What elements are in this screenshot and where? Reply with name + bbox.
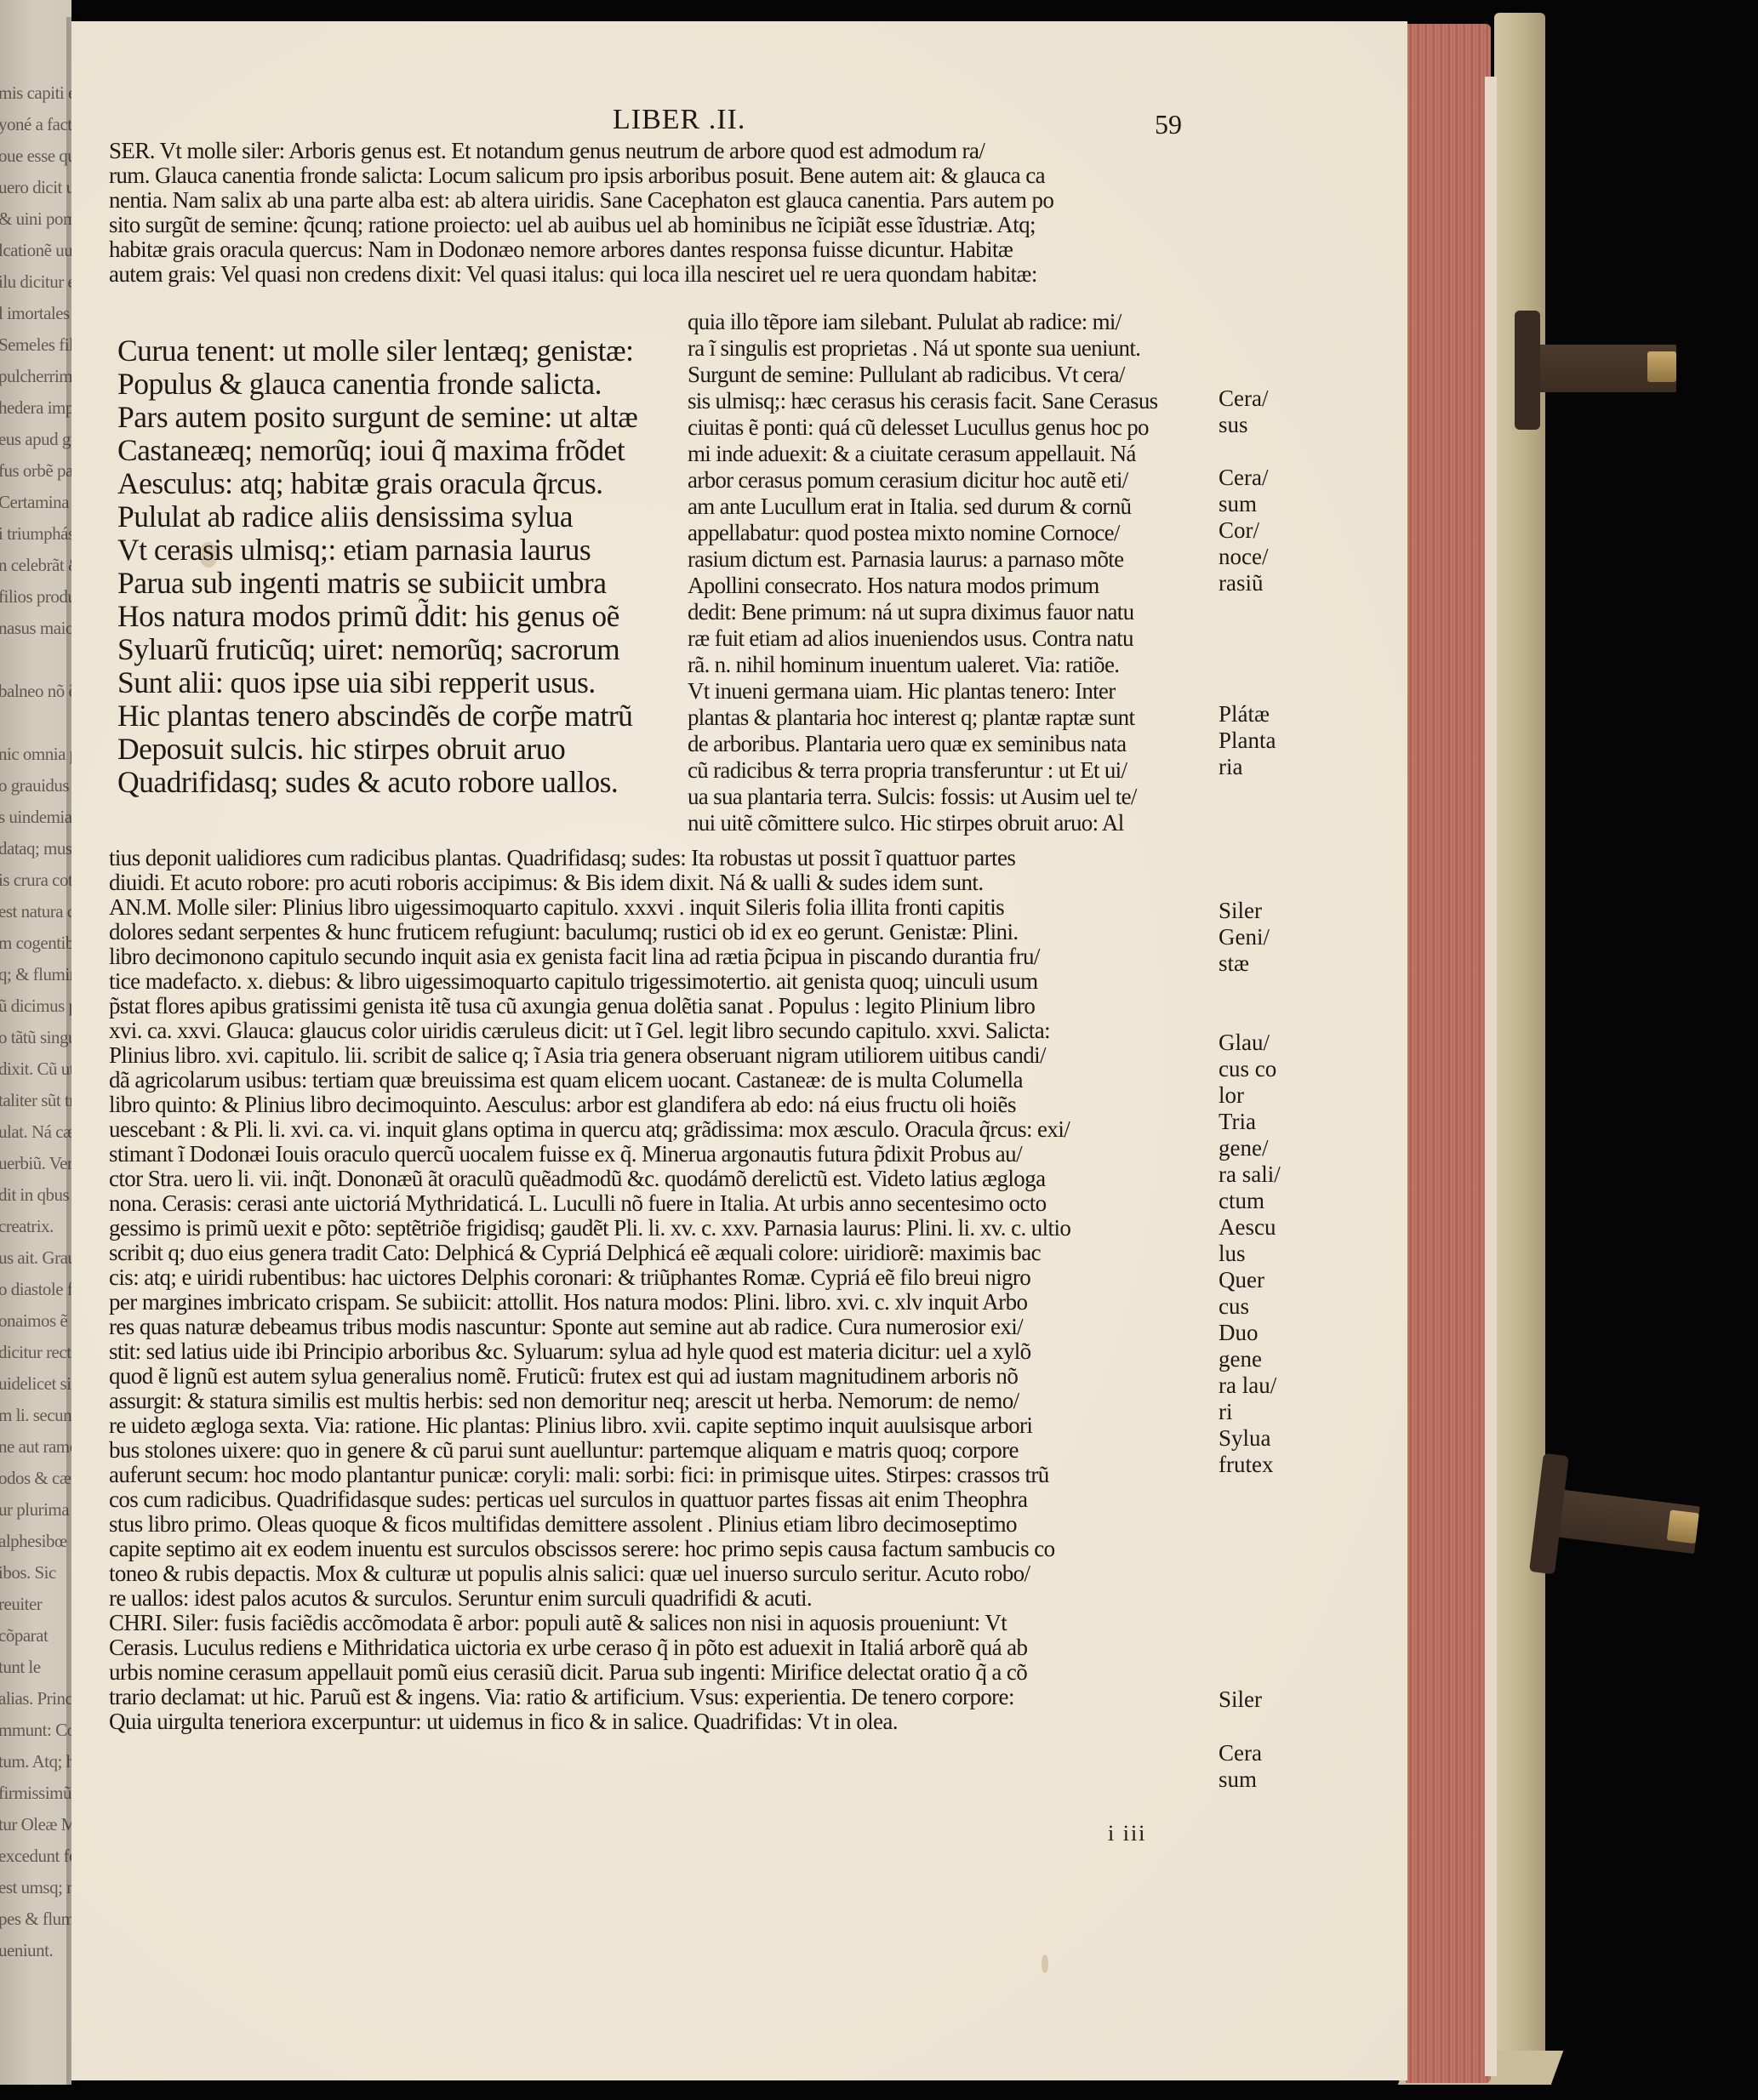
left-page-text-line: l imortales honores bbox=[0, 301, 71, 325]
marginal-note: Glau/cus colorTriagene/ra sali/ctumAescu… bbox=[1219, 1030, 1281, 1478]
left-page-text-line: alphesibœ bbox=[0, 1529, 71, 1553]
commentary-line: habitæ grais oracula quercus: Nam in Dod… bbox=[109, 237, 1053, 262]
left-page-text-line: est umsq; nec arbor nec bbox=[0, 1875, 71, 1899]
left-page-text-line: est natura creat bbox=[0, 899, 71, 923]
left-page-text-line: onaimos ẽ uel q bbox=[0, 1309, 71, 1332]
commentary-line: CHRI. Siler: fusis faciẽdis accõmodata ẽ… bbox=[109, 1611, 1070, 1635]
left-page-text-line: tum. Atq; humana cu bbox=[0, 1749, 71, 1773]
marginal-note-line: sus bbox=[1219, 412, 1268, 438]
marginal-note-line: gene bbox=[1219, 1346, 1281, 1372]
commentary-line: ræ fuit etiam ad alios inueniendos usus.… bbox=[688, 625, 1157, 652]
commentary-line: cũ radicibus & terra propria transferunt… bbox=[688, 757, 1157, 784]
marginal-note: Cerasum bbox=[1219, 1740, 1262, 1793]
left-page-text-line: Semeles filius fuit bbox=[0, 333, 71, 357]
commentary-line: cis: atq; e uiridi rubentibus: hac uicto… bbox=[109, 1265, 1070, 1290]
marginal-note-line: lor bbox=[1219, 1082, 1281, 1109]
clasp-brass-catch bbox=[1667, 1509, 1699, 1544]
left-page-text-line: o tãtũ singulari di bbox=[0, 1025, 71, 1049]
left-page-text-line: reuiter bbox=[0, 1592, 71, 1616]
verse-text: Curua tenent: ut molle siler lentæq; gen… bbox=[117, 334, 637, 799]
left-page-text-line: ur plurima bbox=[0, 1498, 71, 1521]
left-page-text-line: mis capiti est nini bbox=[0, 81, 71, 105]
left-page-text-line: fus orbẽ paganu ga bbox=[0, 459, 71, 482]
clasp-upper bbox=[1532, 345, 1676, 392]
left-page-text-line: i triumphás rediens bbox=[0, 522, 71, 545]
commentary-line: res quas naturæ debeamus tribus modis na… bbox=[109, 1315, 1070, 1339]
red-fore-edge bbox=[1406, 24, 1491, 2083]
signature-mark: i iii bbox=[1108, 1821, 1146, 1846]
left-page-text-line: dataq; musto bbox=[0, 836, 71, 860]
left-page-text-line: hedera implicitus cũ bbox=[0, 396, 71, 419]
left-page-text-line: uero dicit us iustũ bbox=[0, 175, 71, 199]
commentary-line: ciuitas ẽ ponti: quá cũ delesset Lucullu… bbox=[688, 414, 1157, 441]
commentary-line: cos cum radicibus. Quadrifidasque sudes:… bbox=[109, 1487, 1070, 1512]
commentary-line: nona. Cerasis: cerasi ante uictoriá Myth… bbox=[109, 1191, 1070, 1216]
marginal-note-line: noce/ bbox=[1219, 544, 1268, 570]
commentary-line: toneo & rubis depactis. Mox & culturæ ut… bbox=[109, 1561, 1070, 1586]
left-page-text-line: dit in qbus locis bbox=[0, 1183, 71, 1207]
commentary-line: AN.M. Molle siler: Plinius libro uigessi… bbox=[109, 895, 1070, 920]
left-page-text-line: ibos. Sic bbox=[0, 1561, 71, 1584]
marginal-note-line: Planta bbox=[1219, 728, 1276, 754]
clasp-anchor bbox=[1515, 311, 1540, 430]
commentary-line: ctor Stra. uero li. vii. inq̃t. Dononæũ … bbox=[109, 1167, 1070, 1191]
commentary-line: Cerasis. Luculus rediens e Mithridatica … bbox=[109, 1635, 1070, 1660]
commentary-line: Plinius libro. xvi. capitulo. lii. scrib… bbox=[109, 1043, 1070, 1068]
commentary-line: stimant ĩ Dodonæi Iouis oraculo quercũ u… bbox=[109, 1142, 1070, 1167]
left-page-text-line: oue esse quia cũ De bbox=[0, 144, 71, 168]
commentary-right-column: quia illo tẽpore iam silebant. Pululat a… bbox=[688, 309, 1157, 836]
left-page-text-line: nic omnia plena bbox=[0, 742, 71, 766]
marginal-note-line: gene/ bbox=[1219, 1135, 1281, 1161]
marginal-note-line: frutex bbox=[1219, 1452, 1281, 1478]
commentary-line: rã. n. nihil hominum inuentum ualeret. V… bbox=[688, 652, 1157, 678]
marginal-note-line: Siler bbox=[1219, 1686, 1262, 1713]
left-page-text-line: Certamina multa p bbox=[0, 490, 71, 514]
left-page-text-line: lcationẽ uuaq; in bbox=[0, 238, 71, 262]
commentary-line: mi inde aduexit: & a ciuitate cerasum ap… bbox=[688, 441, 1157, 467]
commentary-line: per margines imbricato crispam. Se subii… bbox=[109, 1290, 1070, 1315]
left-page-text-line: filios producit. Vn bbox=[0, 585, 71, 608]
commentary-line: diuidi. Et acuto robore: pro acuti robor… bbox=[109, 870, 1070, 895]
verse-line: Quadrifidasq; sudes & acuto robore uallo… bbox=[117, 766, 637, 799]
left-page-text-line: creatrix. bbox=[0, 1214, 71, 1238]
left-page-text-line: & uini pomoruq; bbox=[0, 207, 71, 231]
clasp-brass-catch bbox=[1647, 351, 1676, 382]
verse-line: Deposuit sulcis. hic stirpes obruit aruo bbox=[117, 733, 637, 766]
left-page-text-line: uerbiũ. Veni bbox=[0, 1151, 71, 1175]
commentary-line: quod ẽ lignũ est autem sylua generalius … bbox=[109, 1364, 1070, 1389]
left-page-text-line: dicitur recte Na bbox=[0, 1340, 71, 1364]
commentary-line: trario declamat: ut hic. Paruũ est & ing… bbox=[109, 1685, 1070, 1709]
commentary-bottom: tius deponit ualidiores cum radicibus pl… bbox=[109, 846, 1070, 1734]
left-page-text-line: pulcherrimus & mo bbox=[0, 364, 71, 388]
left-page-text-line: nasus maioribus i bbox=[0, 616, 71, 640]
left-page-text-line: dixit. Cũ ut dixi bbox=[0, 1057, 71, 1081]
commentary-line: rasium dictum est. Parnasia laurus: a pa… bbox=[688, 546, 1157, 573]
commentary-line: gessimo is primũ uexit e põto: septẽtriõ… bbox=[109, 1216, 1070, 1241]
commentary-line: assurgit: & statura similis est multis h… bbox=[109, 1389, 1070, 1413]
marginal-note-line: sum bbox=[1219, 1766, 1262, 1793]
commentary-line: tice madefacto. x. diebus: & libro uiges… bbox=[109, 969, 1070, 994]
left-page-text-line: ueniunt. bbox=[0, 1938, 71, 1962]
running-head: LIBER .II. bbox=[613, 104, 745, 136]
left-page-text-line: firmissimũ & uites in bbox=[0, 1781, 71, 1805]
marginal-note-line: Geni/ bbox=[1219, 924, 1270, 950]
commentary-line: bus stolones uixere: quo in genere & cũ … bbox=[109, 1438, 1070, 1463]
commentary-line: capite septimo ait ex eodem inuentu est … bbox=[109, 1537, 1070, 1561]
marginal-note-line: cus bbox=[1219, 1293, 1281, 1320]
verse-line: Populus & glauca canentia fronde salicta… bbox=[117, 368, 637, 401]
left-page-text-line: ilu dicitur ex Cerere bbox=[0, 270, 71, 294]
left-page-text-line: n celebrãt & ipse bac bbox=[0, 553, 71, 577]
commentary-line: stus libro primo. Oleas quoque & ficos m… bbox=[109, 1512, 1070, 1537]
marginal-note-line: Cera/ bbox=[1219, 465, 1268, 491]
marginal-note: Cera/sumCor/noce/rasiũ bbox=[1219, 465, 1268, 596]
left-page-text-line: m cogentibus ipl bbox=[0, 931, 71, 955]
verse-line: Pars autem posito surgunt de semine: ut … bbox=[117, 401, 637, 434]
left-page-text-line: eus apud gratos. M bbox=[0, 427, 71, 451]
left-page-text-line: mmunt: Colo. uero bbox=[0, 1718, 71, 1742]
commentary-line: libro decimonono capitulo secundo inquit… bbox=[109, 944, 1070, 969]
commentary-line: uescebant : & Pli. li. xvi. ca. vi. inqu… bbox=[109, 1117, 1070, 1142]
commentary-line: nui uitẽ cõmittere sulco. Hic stirpes ob… bbox=[688, 810, 1157, 836]
commentary-line: xvi. ca. xxvi. Glauca: glaucus color uir… bbox=[109, 1019, 1070, 1043]
commentary-line: Quia uirgulta teneriora excerpuntur: ut … bbox=[109, 1709, 1070, 1734]
left-page-text-line: excedunt font rub bbox=[0, 1844, 71, 1868]
marginal-note: PlátæPlantaria bbox=[1219, 701, 1276, 780]
commentary-line: re uallos: idest palos acutos & surculos… bbox=[109, 1586, 1070, 1611]
commentary-line: dã agricolarum usibus: tertiam quæ breui… bbox=[109, 1068, 1070, 1093]
marginal-note-line: Cor/ bbox=[1219, 517, 1268, 544]
commentary-line: am ante Lucullum erat in Italia. sed dur… bbox=[688, 494, 1157, 520]
commentary-line: de arboribus. Plantaria uero quæ ex semi… bbox=[688, 731, 1157, 757]
marginal-note-line: Quer bbox=[1219, 1267, 1281, 1293]
commentary-line: scribit q; duo eius genera tradit Cato: … bbox=[109, 1241, 1070, 1265]
commentary-line: stit: sed latius uide ibi Principio arbo… bbox=[109, 1339, 1070, 1364]
left-page-text-line: odos & cætera bbox=[0, 1466, 71, 1490]
commentary-line: libro quinto: & Plinius libro decimoquin… bbox=[109, 1093, 1070, 1117]
marginal-note-line: Sylua bbox=[1219, 1425, 1281, 1452]
left-page-text-line: uidelicet siue a bbox=[0, 1372, 71, 1395]
marginal-note-line: ri bbox=[1219, 1399, 1281, 1425]
left-page-text-line: ne aut ramo bbox=[0, 1435, 71, 1458]
commentary-line: sis ulmisq;: hæc cerasus his cerasis fac… bbox=[688, 388, 1157, 414]
commentary-line: appellabatur: quod postea mixto nomine C… bbox=[688, 520, 1157, 546]
commentary-line: sito surgũt de semine: q̃cunq; ratione p… bbox=[109, 213, 1053, 237]
marginal-note-line: Cera/ bbox=[1219, 385, 1268, 412]
commentary-line: Surgunt de semine: Pullulant ab radicibu… bbox=[688, 362, 1157, 388]
verse-line: Curua tenent: ut molle siler lentæq; gen… bbox=[117, 334, 637, 368]
verse-line: Pululat ab radice aliis densissima sylua bbox=[117, 500, 637, 534]
commentary-line: autem grais: Vel quasi non credens dixit… bbox=[109, 262, 1053, 287]
commentary-line: dolores sedant serpentes & hunc fruticem… bbox=[109, 920, 1070, 944]
commentary-line: auferunt secum: hoc modo plantantur puni… bbox=[109, 1463, 1070, 1487]
commentary-line: plantas & plantaria hoc interest q; plan… bbox=[688, 705, 1157, 731]
left-facing-page: mis capiti est niniyoné a factis q̃ fluo… bbox=[0, 0, 71, 2085]
marginal-note: SilerGeni/stæ bbox=[1219, 898, 1270, 977]
marginal-note-line: ria bbox=[1219, 754, 1276, 780]
left-page-text-line: tur Oleæ Mali Piri Quer bbox=[0, 1812, 71, 1836]
clasp-lower bbox=[1550, 1489, 1700, 1554]
marginal-note-line: cus co bbox=[1219, 1056, 1281, 1082]
marginal-note-line: Plátæ bbox=[1219, 701, 1276, 728]
left-page-text-line: cõparat bbox=[0, 1624, 71, 1647]
commentary-line: ua sua plantaria terra. Sulcis: fossis: … bbox=[688, 784, 1157, 810]
commentary-line: quia illo tẽpore iam silebant. Pululat a… bbox=[688, 309, 1157, 335]
verse-line: Parua sub ingenti matris se subiicit umb… bbox=[117, 567, 637, 600]
left-page-text-line: ulat. Ná cætera bbox=[0, 1120, 71, 1144]
foxing-stain bbox=[1042, 1954, 1048, 1973]
left-page-text-line: ũ dicimus p terram bbox=[0, 994, 71, 1018]
marginal-note-line: stæ bbox=[1219, 950, 1270, 977]
commentary-line: re uideto æglogа sexta. Via: ratione. Hi… bbox=[109, 1413, 1070, 1438]
marginal-note-line: Aescu bbox=[1219, 1214, 1281, 1241]
left-page-text-line: o grauidus autu bbox=[0, 773, 71, 797]
commentary-line: Apollini consecrato. Hos natura modos pr… bbox=[688, 573, 1157, 599]
left-page-text-line: tunt le bbox=[0, 1655, 71, 1679]
left-page-text-line: m li. secundo inq bbox=[0, 1403, 71, 1427]
marginal-note: Siler bbox=[1219, 1686, 1262, 1713]
verse-line: Aesculus: atq; habitæ grais oracula q̃rc… bbox=[117, 467, 637, 500]
marginal-note-line: Tria bbox=[1219, 1109, 1281, 1135]
commentary-line: dedit: Bene primum: ná ut supra diximus … bbox=[688, 599, 1157, 625]
marginal-note-line: ra lau/ bbox=[1219, 1372, 1281, 1399]
marginal-note: Cera/sus bbox=[1219, 385, 1268, 438]
left-page-text-line: taliter sũt tria ge bbox=[0, 1088, 71, 1112]
marginal-note-line: Cera bbox=[1219, 1740, 1262, 1766]
left-page-text-line: pes & flumina qua i fo bbox=[0, 1907, 71, 1931]
left-page-text-line: o diastole figura bbox=[0, 1277, 71, 1301]
commentary-top: SER. Vt molle siler: Arboris genus est. … bbox=[109, 139, 1053, 287]
marginal-note-line: ctum bbox=[1219, 1188, 1281, 1214]
verse-line: Syluarũ fruticũq; uiret: nemorũq; sacror… bbox=[117, 633, 637, 666]
left-page-text-line: balneo nõ ẽ fac ut bbox=[0, 679, 71, 703]
fore-edge-pastedown bbox=[1485, 77, 1497, 2076]
marginal-note-line: Siler bbox=[1219, 898, 1270, 924]
left-page-text-line: us ait. Grauidus bbox=[0, 1246, 71, 1270]
left-page-text-line: q; & flumina late bbox=[0, 962, 71, 986]
commentary-line: nentia. Nam salix ab una parte alba est:… bbox=[109, 188, 1053, 213]
marginal-note-line: sum bbox=[1219, 491, 1268, 517]
verse-line: Castaneæq; nemorũq; ioui q̃ maxima frõde… bbox=[117, 434, 637, 467]
commentary-line: Vt inueni germana uiam. Hic plantas tene… bbox=[688, 678, 1157, 705]
verse-line: Sunt alii: quos ipse uia sibi repperit u… bbox=[117, 666, 637, 699]
left-page-text-line: alias. Principio arbori bbox=[0, 1686, 71, 1710]
commentary-line: urbis nomine cerasum appellauit pomũ eiu… bbox=[109, 1660, 1070, 1685]
verse-line: Hic plantas tenero abscindẽs de corp̃e m… bbox=[117, 699, 637, 733]
left-page-text-line: is crura cothurni bbox=[0, 868, 71, 892]
verse-line: Vt cerasis ulmisq;: etiam parnasia lauru… bbox=[117, 534, 637, 567]
commentary-line: arbor cerasus pomum cerasium dicitur hoc… bbox=[688, 467, 1157, 494]
marginal-note-line: Duo bbox=[1219, 1320, 1281, 1346]
commentary-line: SER. Vt molle siler: Arboris genus est. … bbox=[109, 139, 1053, 163]
folio-number: 59 bbox=[1155, 109, 1182, 140]
commentary-line: p̃stat flores apibus gratissimi genista … bbox=[109, 994, 1070, 1019]
marginal-note-line: Glau/ bbox=[1219, 1030, 1281, 1056]
marginal-note-line: ra sali/ bbox=[1219, 1161, 1281, 1188]
commentary-line: ra ĩ singulis est proprietas . Ná ut spo… bbox=[688, 335, 1157, 362]
left-page-text-line: s uindemia labris bbox=[0, 805, 71, 829]
commentary-line: tius deponit ualidiores cum radicibus pl… bbox=[109, 846, 1070, 870]
marginal-note-line: rasiũ bbox=[1219, 570, 1268, 596]
verse-line: Hos natura modos primũ d̃dit: his genus … bbox=[117, 600, 637, 633]
marginal-note-line: lus bbox=[1219, 1241, 1281, 1267]
left-page-text-line: yoné a factis q̃ flu bbox=[0, 112, 71, 136]
commentary-line: rum. Glauca canentia fronde salicta: Loc… bbox=[109, 163, 1053, 188]
